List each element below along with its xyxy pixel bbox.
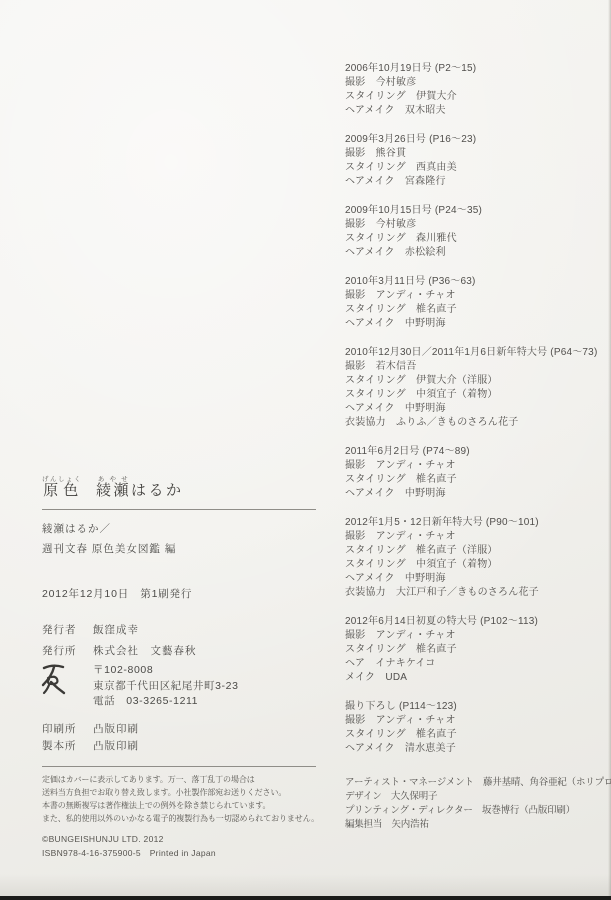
credit-line: 衣装協力 ふりふ／きものさろん花子 xyxy=(345,416,607,430)
credit-line: スタイリング 伊賀大介（洋服） xyxy=(345,374,607,388)
credit-line: 撮影 今村敏彦 xyxy=(345,218,607,232)
publisher-row-value: 飯窪成幸 xyxy=(93,620,139,641)
credit-issue-heading: 2009年10月15日号 (P24～35) xyxy=(345,204,607,218)
publisher-address: 〒102-8008東京都千代田区紀尾井町3-23電話 03-3265-1211 xyxy=(93,663,316,710)
credit-line: ヘアメイク 宮森隆行 xyxy=(345,175,607,189)
colophon-block: 原色げんしょく綾瀬あやせはるか 綾瀬はるか／ 週刊文春 原色美女図鑑 編 201… xyxy=(42,476,316,860)
credit-line: スタイリング 森川雅代 xyxy=(345,232,607,246)
shoot-credit-section: 2009年10月15日号 (P24～35)撮影 今村敏彦スタイリング 森川雅代ヘ… xyxy=(345,204,607,260)
credit-line: メイク UDA xyxy=(345,671,607,685)
staff-credit-line: アーティスト・マネージメント 藤井基晴、角谷亜紀（ホリプロ） xyxy=(345,776,611,790)
credit-line: ヘアメイク 中野明海 xyxy=(345,572,607,586)
credit-line: 撮影 アンディ・チャオ xyxy=(345,714,607,728)
credit-line: 撮影 アンディ・チャオ xyxy=(345,289,607,303)
bungeishunju-logo-icon xyxy=(40,662,67,698)
shoot-credit-section: 2012年1月5・12日新年特大号 (P90～101)撮影 アンディ・チャオスタ… xyxy=(345,516,607,600)
fine-print: 定価はカバーに表示してあります。万一、落丁乱丁の場合は送料当方負担でお取り替え致… xyxy=(42,773,342,825)
shoot-credit-section: 撮り下ろし (P114～123)撮影 アンディ・チャオスタイリング 椎名直子ヘア… xyxy=(345,700,607,756)
credit-line: 衣装協力 大江戸和子／きものさろん花子 xyxy=(345,586,607,600)
shoot-credit-section: 2010年12月30日／2011年1月6日新年特大号 (P64～73)撮影 若木… xyxy=(345,346,607,430)
scan-edge-bottom xyxy=(0,896,611,900)
shoot-credit-section: 2011年6月2日号 (P74～89)撮影 アンディ・チャオスタイリング 椎名直… xyxy=(345,445,607,501)
credit-line: ヘアメイク 双木昭夫 xyxy=(345,104,607,118)
credit-line: スタイリング 椎名直子 xyxy=(345,473,607,487)
printer-row-value: 凸版印刷 xyxy=(93,721,139,738)
credit-line: ヘア イナキケイコ xyxy=(345,657,607,671)
printer-row-label: 印刷所 xyxy=(42,721,82,738)
credit-line: スタイリング 西真由美 xyxy=(345,161,607,175)
title-word-genshoku: 原色げんしょく xyxy=(42,482,82,499)
fine-print-line: また、私的使用以外のいかなる電子的複製行為も一切認められておりません。 xyxy=(42,812,342,825)
shoot-credit-section: 2010年3月11日号 (P36～63)撮影 アンディ・チャオスタイリング 椎名… xyxy=(345,275,607,331)
fine-print-line: 本書の無断複写は著作権法上での例外を除き禁じられています。 xyxy=(42,799,342,812)
shoot-credit-section: 2006年10月19日号 (P2～15)撮影 今村敏彦スタイリング 伊賀大介ヘア… xyxy=(345,62,607,118)
author-line: 綾瀬はるか／ xyxy=(42,519,316,539)
credit-issue-heading: 2009年3月26日号 (P16～23) xyxy=(345,133,607,147)
staff-credits-list: アーティスト・マネージメント 藤井基晴、角谷亜紀（ホリプロ）デザイン 大久保明子… xyxy=(345,776,611,832)
credit-line: スタイリング 椎名直子 xyxy=(345,303,607,317)
printer-row: 印刷所凸版印刷 xyxy=(42,721,316,738)
title-divider xyxy=(42,509,316,510)
publisher-row: 発行者飯窪成幸 xyxy=(42,620,316,641)
credit-issue-heading: 2012年6月14日初夏の特大号 (P102～113) xyxy=(345,615,607,629)
credit-line: スタイリング 中須宜子（着物） xyxy=(345,558,607,572)
book-title: 原色げんしょく綾瀬あやせはるか xyxy=(42,476,316,500)
credit-line: 撮影 アンディ・チャオ xyxy=(345,629,607,643)
furigana-ayase: あやせ xyxy=(96,476,131,483)
credit-line: ヘアメイク 清水恵美子 xyxy=(345,742,607,756)
credit-line: スタイリング 中須宜子（着物） xyxy=(345,388,607,402)
credit-issue-heading: 2010年3月11日号 (P36～63) xyxy=(345,275,607,289)
address-line: 東京都千代田区紀尾井町3-23 xyxy=(93,679,316,695)
fine-print-line: 送料当方負担でお取り替え致します。小社製作部宛お送りください。 xyxy=(42,786,342,799)
fine-print-line: 定価はカバーに表示してあります。万一、落丁乱丁の場合は xyxy=(42,773,342,786)
isbn-line: ISBN978-4-16-375900-5 Printed in Japan xyxy=(42,846,316,860)
credit-line: スタイリング 椎名直子 xyxy=(345,643,607,657)
print-date-line: 2012年12月10日 第1刷発行 xyxy=(42,586,316,601)
credit-line: 撮影 熊谷貫 xyxy=(345,147,607,161)
printer-rows: 印刷所凸版印刷製本所凸版印刷 xyxy=(42,721,316,755)
staff-credit-line: デザイン 大久保明子 xyxy=(345,790,611,804)
credit-issue-heading: 2006年10月19日号 (P2～15) xyxy=(345,62,607,76)
shoot-credit-section: 2009年3月26日号 (P16～23)撮影 熊谷貫スタイリング 西真由美ヘアメ… xyxy=(345,133,607,189)
credit-line: ヘアメイク 中野明海 xyxy=(345,317,607,331)
credit-line: ヘアメイク 赤松絵利 xyxy=(345,246,607,260)
printer-row: 製本所凸版印刷 xyxy=(42,738,316,755)
address-line: 〒102-8008 xyxy=(93,663,316,679)
credit-line: スタイリング 椎名直子 xyxy=(345,728,607,742)
credit-line: 撮影 今村敏彦 xyxy=(345,76,607,90)
staff-credit-line: 編集担当 矢内浩祐 xyxy=(345,818,611,832)
credit-issue-heading: 撮り下ろし (P114～123) xyxy=(345,700,607,714)
publisher-row: 発行所株式会社 文藝春秋 xyxy=(42,641,316,662)
credit-line: 撮影 若木信吾 xyxy=(345,360,607,374)
credit-line: スタイリング 椎名直子（洋服） xyxy=(345,544,607,558)
publisher-row-label: 発行者 xyxy=(42,620,82,641)
shoot-credit-section: 2012年6月14日初夏の特大号 (P102～113)撮影 アンディ・チャオスタ… xyxy=(345,615,607,685)
credit-issue-heading: 2011年6月2日号 (P74～89) xyxy=(345,445,607,459)
colophon-page: 2006年10月19日号 (P2～15)撮影 今村敏彦スタイリング 伊賀大介ヘア… xyxy=(0,0,611,900)
publisher-row-value: 株式会社 文藝春秋 xyxy=(93,641,197,662)
staff-credit-line: プリンティング・ディレクター 坂巻博行（凸版印刷） xyxy=(345,804,611,818)
furigana-genshoku: げんしょく xyxy=(42,476,82,483)
credit-line: ヘアメイク 中野明海 xyxy=(345,487,607,501)
credit-line: ヘアメイク 中野明海 xyxy=(345,402,607,416)
series-line: 週刊文春 原色美女図鑑 編 xyxy=(42,539,316,559)
copyright-line: ©BUNGEISHUNJU LTD. 2012 xyxy=(42,832,316,846)
credit-line: 撮影 アンディ・チャオ xyxy=(345,459,607,473)
fine-print-divider xyxy=(42,766,316,767)
publisher-rows: 発行者飯窪成幸発行所株式会社 文藝春秋 xyxy=(42,620,316,662)
credit-line: 撮影 アンディ・チャオ xyxy=(345,530,607,544)
printer-row-label: 製本所 xyxy=(42,738,82,755)
address-line: 電話 03-3265-1211 xyxy=(93,694,316,710)
printer-row-value: 凸版印刷 xyxy=(93,738,139,755)
credit-issue-heading: 2010年12月30日／2011年1月6日新年特大号 (P64～73) xyxy=(345,346,607,360)
shoot-credits-list: 2006年10月19日号 (P2～15)撮影 今村敏彦スタイリング 伊賀大介ヘア… xyxy=(345,62,607,771)
title-word-haruka: はるか xyxy=(131,482,184,499)
title-word-ayase: 綾瀬あやせ xyxy=(96,482,131,499)
credit-issue-heading: 2012年1月5・12日新年特大号 (P90～101) xyxy=(345,516,607,530)
credit-line: スタイリング 伊賀大介 xyxy=(345,90,607,104)
publisher-row-label: 発行所 xyxy=(42,641,82,662)
